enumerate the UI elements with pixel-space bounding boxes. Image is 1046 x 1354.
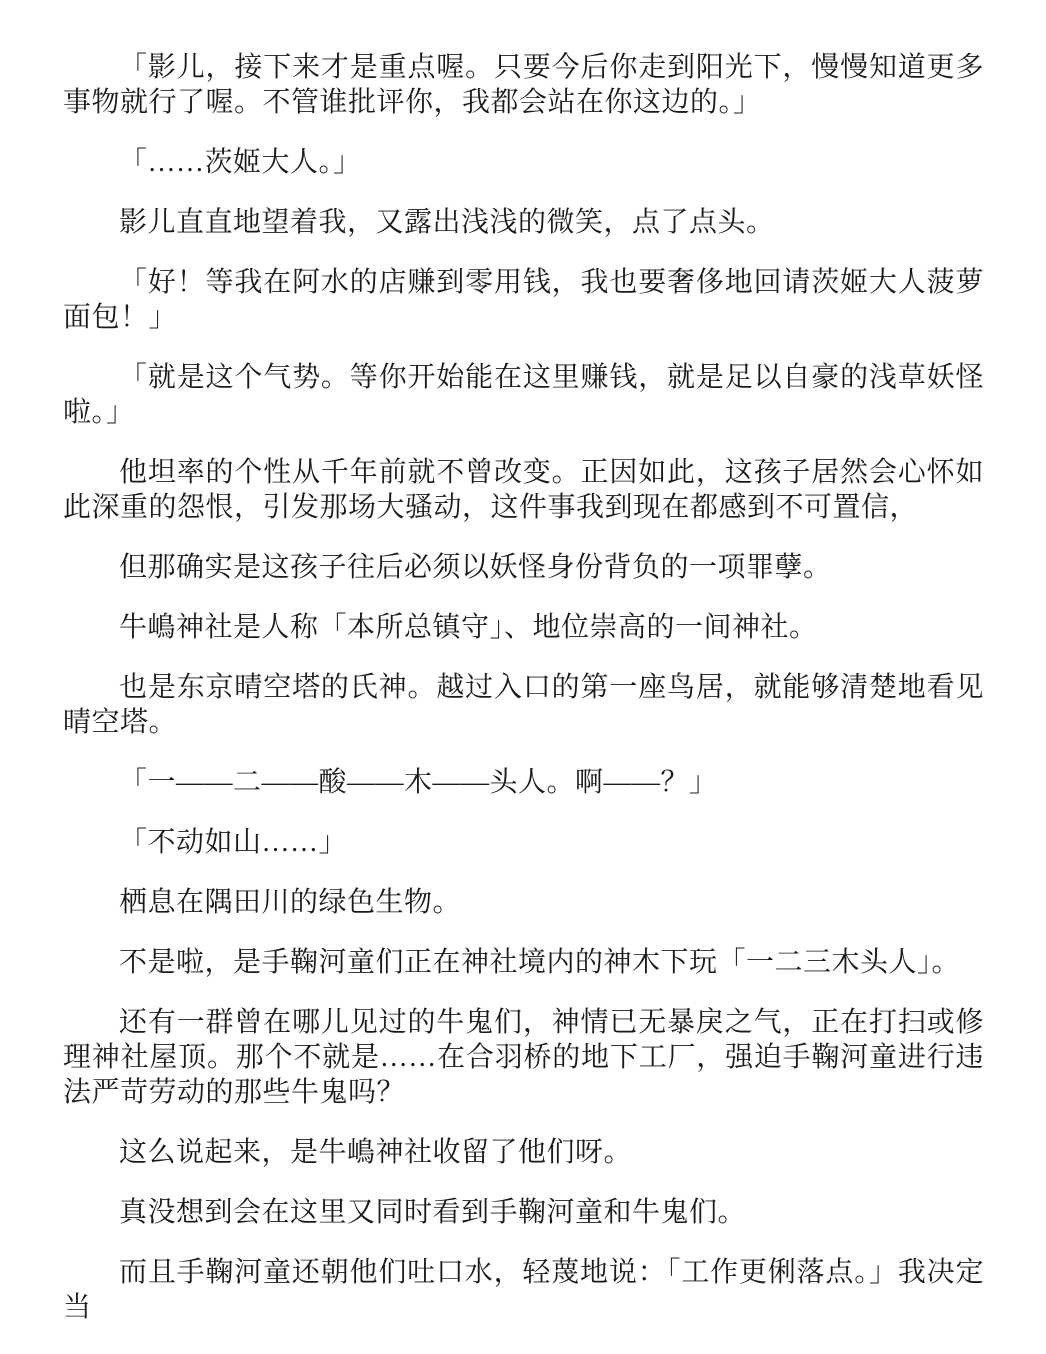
paragraph: 「影儿，接下来才是重点喔。只要今后你走到阳光下，慢慢知道更多事物就行了喔。不管谁… <box>63 50 984 120</box>
document-page: 「影儿，接下来才是重点喔。只要今后你走到阳光下，慢慢知道更多事物就行了喔。不管谁… <box>0 0 1046 1354</box>
paragraph: 也是东京晴空塔的氏神。越过入口的第一座鸟居，就能够清楚地看见晴空塔。 <box>63 670 984 740</box>
paragraph: 他坦率的个性从千年前就不曾改变。正因如此，这孩子居然会心怀如此深重的怨恨，引发那… <box>63 455 984 525</box>
paragraph: 「……茨姬大人。」 <box>63 145 984 180</box>
paragraph: 「好！等我在阿水的店赚到零用钱，我也要奢侈地回请茨姬大人菠萝面包！」 <box>63 265 984 335</box>
paragraph: 还有一群曾在哪儿见过的牛鬼们，神情已无暴戾之气，正在打扫或修理神社屋顶。那个不就… <box>63 1005 984 1110</box>
paragraph: 真没想到会在这里又同时看到手鞠河童和牛鬼们。 <box>63 1195 984 1230</box>
paragraph: 「一——二——酸——木——头人。啊——？」 <box>63 765 984 800</box>
paragraph: 「就是这个气势。等你开始能在这里赚钱，就是足以自豪的浅草妖怪啦。」 <box>63 360 984 430</box>
paragraph: 这么说起来，是牛嶋神社收留了他们呀。 <box>63 1135 984 1170</box>
paragraph: 栖息在隅田川的绿色生物。 <box>63 885 984 920</box>
paragraph: 而且手鞠河童还朝他们吐口水，轻蔑地说：「工作更俐落点。」我决定当 <box>63 1255 984 1325</box>
paragraph: 不是啦，是手鞠河童们正在神社境内的神木下玩「一二三木头人」。 <box>63 945 984 980</box>
paragraph: 影儿直直地望着我，又露出浅浅的微笑，点了点头。 <box>63 205 984 240</box>
paragraph: 但那确实是这孩子往后必须以妖怪身份背负的一项罪孽。 <box>63 550 984 585</box>
paragraph: 「不动如山……」 <box>63 825 984 860</box>
paragraph: 牛嶋神社是人称「本所总镇守」、地位崇高的一间神社。 <box>63 610 984 645</box>
